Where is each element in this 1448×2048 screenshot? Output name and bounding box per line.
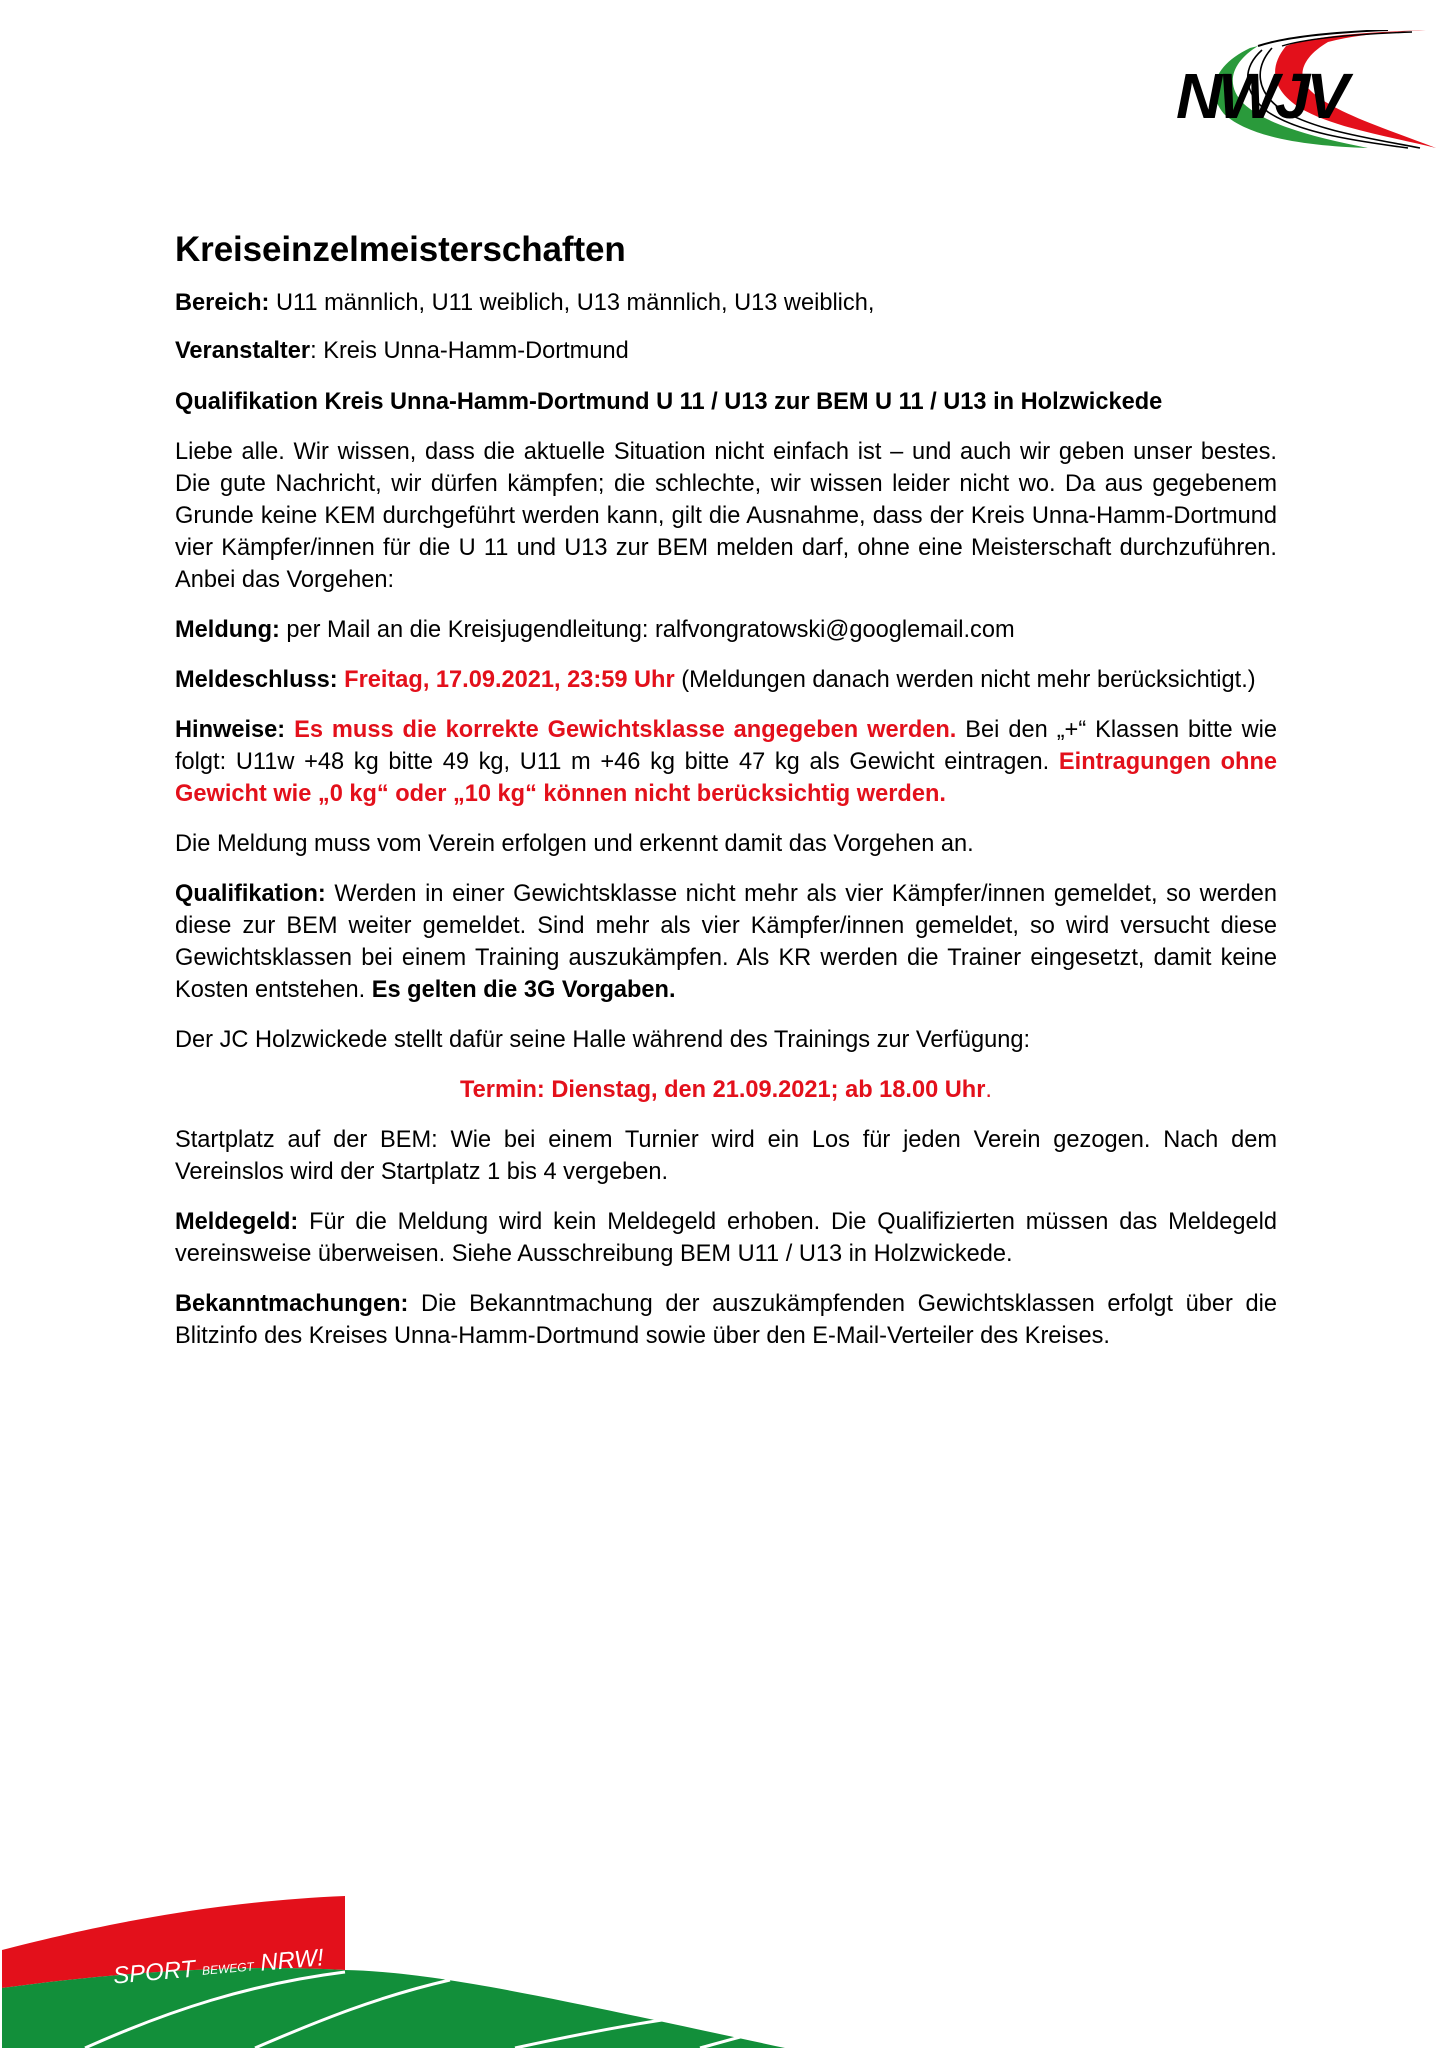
banner-word-nrw: NRW! [259, 1944, 325, 1976]
meldegeld-label: Meldegeld: [175, 1209, 298, 1235]
nwjv-logo: NWJV [1158, 30, 1440, 156]
hinweise-paragraph: Hinweise: Es muss die korrekte Gewichtsk… [175, 714, 1277, 810]
deadline: Freitag, 17.09.2021, 23:59 Uhr [344, 667, 675, 693]
logo-text: NWJV [1176, 60, 1354, 132]
sport-bewegt-nrw-banner: SPORT BEWEGT NRW! [0, 1880, 820, 2048]
page-title: Kreiseinzelmeisterschaften [175, 228, 1277, 272]
email-link[interactable]: ralfvongratowski@googlemail.com [655, 617, 1015, 643]
meldeschluss-paragraph: Meldeschluss: Freitag, 17.09.2021, 23:59… [175, 664, 1277, 696]
termin-period: . [985, 1077, 992, 1103]
deadline-note: (Meldungen danach werden nicht mehr berü… [675, 667, 1256, 693]
veranstalter-value: Kreis Unna-Hamm-Dortmund [317, 338, 629, 364]
meldegeld-text: Für die Meldung wird kein Meldegeld erho… [175, 1209, 1277, 1267]
hinweise-warning-1: Es muss die korrekte Gewichtsklasse ange… [294, 717, 956, 743]
document-body: Kreiseinzelmeisterschaften Bereich: U11 … [175, 228, 1277, 1352]
intro-paragraph: Liebe alle. Wir wissen, dass die aktuell… [175, 436, 1277, 596]
bekanntmachungen-label: Bekanntmachungen: [175, 1291, 408, 1317]
meldung-label: Meldung: [175, 617, 280, 643]
termin: Termin: Dienstag, den 21.09.2021; ab 18.… [460, 1077, 985, 1103]
bereich-line: Bereich: U11 männlich, U11 weiblich, U13… [175, 287, 1277, 319]
termin-line: Termin: Dienstag, den 21.09.2021; ab 18.… [175, 1074, 1277, 1106]
veranstalter-label: Veranstalter [175, 338, 310, 364]
meldung-line: Meldung: per Mail an die Kreisjugendleit… [175, 614, 1277, 646]
meldegeld-paragraph: Meldegeld: Für die Meldung wird kein Mel… [175, 1206, 1277, 1270]
qualifikation-paragraph: Qualifikation: Werden in einer Gewichtsk… [175, 878, 1277, 1006]
verein-note: Die Meldung muss vom Verein erfolgen und… [175, 828, 1277, 860]
qualifikation-3g: Es gelten die 3G Vorgaben. [372, 977, 676, 1003]
halle-line: Der JC Holzwickede stellt dafür seine Ha… [175, 1024, 1277, 1056]
meldeschluss-label: Meldeschluss: [175, 667, 338, 693]
hinweise-label: Hinweise: [175, 717, 285, 743]
qualification-heading: Qualifikation Kreis Unna-Hamm-Dortmund U… [175, 386, 1277, 418]
bereich-label: Bereich: [175, 290, 269, 316]
bereich-value: U11 männlich, U11 weiblich, U13 männlich… [269, 290, 874, 316]
veranstalter-line: Veranstalter: Kreis Unna-Hamm-Dortmund [175, 335, 1277, 367]
startplatz-paragraph: Startplatz auf der BEM: Wie bei einem Tu… [175, 1124, 1277, 1188]
meldung-text: per Mail an die Kreisjugendleitung: [280, 617, 655, 643]
bekanntmachungen-paragraph: Bekanntmachungen: Die Bekanntmachung der… [175, 1288, 1277, 1352]
qualifikation-label: Qualifikation: [175, 881, 326, 907]
qualifikation-text: Werden in einer Gewichtsklasse nicht meh… [175, 881, 1277, 1003]
